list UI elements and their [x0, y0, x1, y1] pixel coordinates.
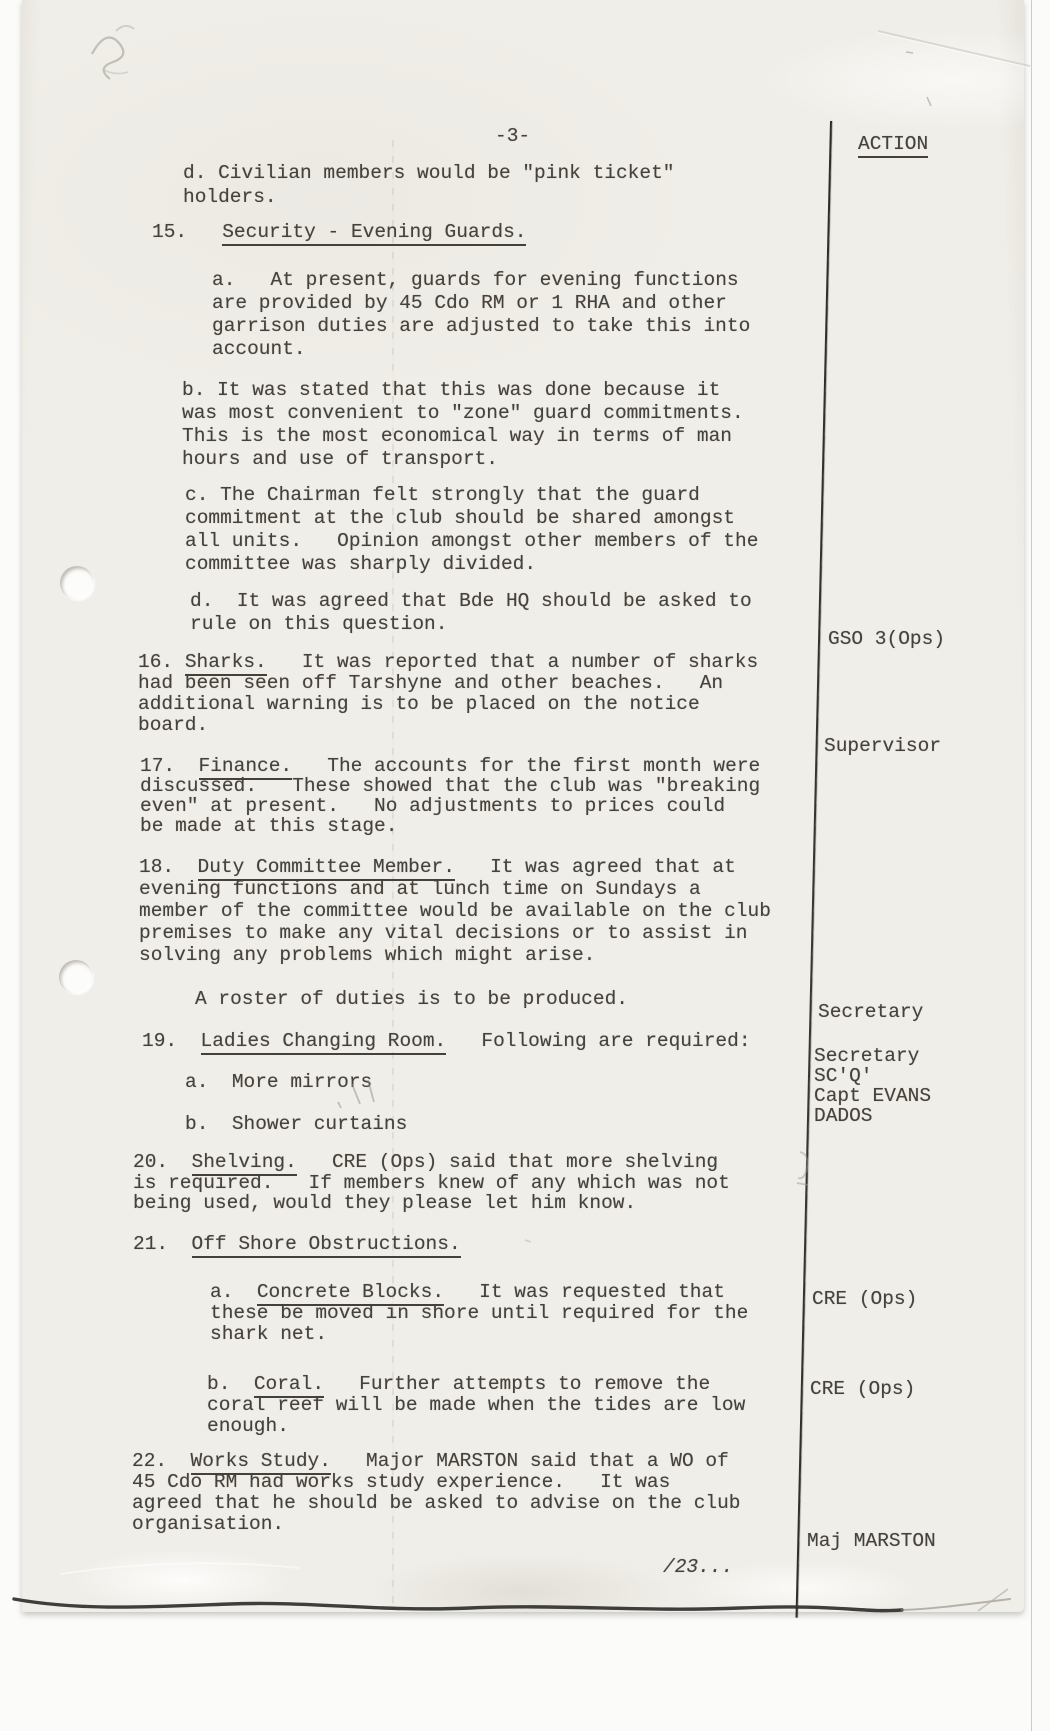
item-label: a. [210, 1281, 257, 1303]
item-text-continued: 45 Cdo RM had works study experience. It… [132, 1472, 741, 1535]
item-number: 21. [133, 1233, 168, 1255]
item-label: b. [185, 1113, 232, 1135]
minute-item-15-heading: 15. Security - Evening Guards. [152, 222, 526, 243]
item-text: It was requested that [444, 1281, 725, 1303]
minute-item-15c: c. The Chairman felt strongly that the g… [185, 484, 758, 576]
item-text: Shower curtains [232, 1113, 408, 1135]
scanner-edge-line [1031, 0, 1032, 1731]
action-cre-ops-2: CRE (Ops) [810, 1379, 915, 1400]
punch-hole-top [60, 566, 94, 600]
page-number: -3- [495, 126, 530, 147]
action-list-item-19: Secretary SC'Q' Capt EVANS DADOS [814, 1046, 931, 1126]
item-label: b. [207, 1373, 254, 1395]
item-number: 15. [152, 221, 187, 243]
minute-item-19: 19. Ladies Changing Room. Following are … [142, 1031, 751, 1052]
item-text-continued: was most convenient to "zone" guard comm… [182, 402, 744, 471]
item-text-continued: had been seen off Tarshyne and other bea… [138, 673, 758, 736]
item-text: Major MARSTON said that a WO of [331, 1450, 729, 1472]
action-column-header: ACTION [858, 134, 928, 155]
item-text: The accounts for the first month were [292, 755, 760, 777]
minute-item-19a: a. More mirrors [185, 1072, 372, 1093]
item-gap [174, 856, 197, 878]
item-label: b. [182, 379, 217, 401]
scanned-minutes-page: -3- ACTION d. Civilian members would be … [0, 0, 1050, 1731]
item-text-continued: commitment at the club should be shared … [185, 507, 758, 576]
punch-hole-bottom [59, 960, 93, 994]
item-gap [168, 1151, 191, 1173]
item-gap [167, 1450, 190, 1472]
item-text-continued: is required. If members knew of any whic… [133, 1173, 730, 1214]
item-number: 19. [142, 1030, 177, 1052]
minute-item-20: 20. Shelving. CRE (Ops) said that more s… [133, 1152, 730, 1214]
item-number: 22. [132, 1450, 167, 1472]
minute-item-19b: b. Shower curtains [185, 1114, 407, 1135]
minute-item-21-heading: 21. Off Shore Obstructions. [133, 1234, 461, 1255]
item-text: Following are required: [446, 1030, 750, 1052]
item-text-continued: holders. [183, 185, 674, 209]
item-text: Civilian members would be "pink ticket" [218, 162, 674, 184]
action-header-label: ACTION [858, 133, 928, 158]
minute-item-15a: a. At present, guards for evening functi… [212, 269, 750, 361]
minute-item-21a: a. Concrete Blocks. It was requested tha… [210, 1282, 748, 1345]
item-text: More mirrors [232, 1071, 372, 1093]
item-text-continued: are provided by 45 Cdo RM or 1 RHA and o… [212, 292, 750, 361]
item-text: It was agreed that at [455, 856, 736, 878]
item-text-continued: these be moved in shore until required f… [210, 1303, 748, 1345]
continuation-mark: /23... [663, 1557, 733, 1578]
item-number: 20. [133, 1151, 168, 1173]
minute-item-16: 16. Sharks. It was reported that a numbe… [138, 652, 758, 736]
item-text: It was reported that a number of sharks [267, 651, 758, 673]
action-cre-ops-1: CRE (Ops) [812, 1289, 917, 1310]
item-heading: Ladies Changing Room. [201, 1030, 447, 1055]
item-gap [175, 755, 198, 777]
roster-line: A roster of duties is to be produced. [195, 989, 628, 1010]
item-text-continued: evening functions and at lunch time on S… [139, 878, 771, 966]
item-label: d. [183, 162, 218, 184]
minute-item-15b: b. It was stated that this was done beca… [182, 379, 744, 471]
action-secretary-roster: Secretary [818, 1002, 923, 1023]
item-text: Further attempts to remove the [324, 1373, 710, 1395]
minute-item-21b: b. Coral. Further attempts to remove the… [207, 1374, 745, 1437]
item-text-continued: rule on this question. [190, 613, 752, 636]
minute-intro-item-d: d. Civilian members would be "pink ticke… [183, 161, 674, 209]
item-gap [177, 1030, 200, 1052]
item-text: CRE (Ops) said that more shelving [297, 1151, 718, 1173]
minute-item-15d: d. It was agreed that Bde HQ should be a… [190, 590, 752, 636]
item-text: It was agreed that Bde HQ should be aske… [237, 590, 752, 612]
minute-item-17: 17. Finance. The accounts for the first … [140, 756, 760, 836]
minute-item-22: 22. Works Study. Major MARSTON said that… [132, 1451, 741, 1535]
action-maj-marston: Maj MARSTON [807, 1531, 936, 1552]
item-text: At present, guards for evening functions [271, 269, 739, 291]
item-number: 16. [138, 651, 173, 673]
item-number: 18. [139, 856, 174, 878]
item-gap [187, 221, 222, 243]
item-label: a. [212, 269, 271, 291]
item-label: a. [185, 1071, 232, 1093]
item-gap [173, 651, 185, 673]
item-text-continued: coral reef will be made when the tides a… [207, 1395, 745, 1437]
item-text-continued: discussed. These showed that the club wa… [140, 776, 760, 836]
item-text: The Chairman felt strongly that the guar… [220, 484, 700, 506]
minute-item-18: 18. Duty Committee Member. It was agreed… [139, 856, 771, 966]
item-text: It was stated that this was done because… [217, 379, 720, 401]
item-number: 17. [140, 755, 175, 777]
item-heading: Off Shore Obstructions. [192, 1233, 461, 1258]
item-label: d. [190, 590, 237, 612]
item-heading: Security - Evening Guards. [222, 221, 526, 246]
action-supervisor: Supervisor [824, 736, 941, 757]
item-gap [168, 1233, 191, 1255]
item-label: c. [185, 484, 220, 506]
action-gso3ops: GSO 3(Ops) [828, 629, 945, 650]
